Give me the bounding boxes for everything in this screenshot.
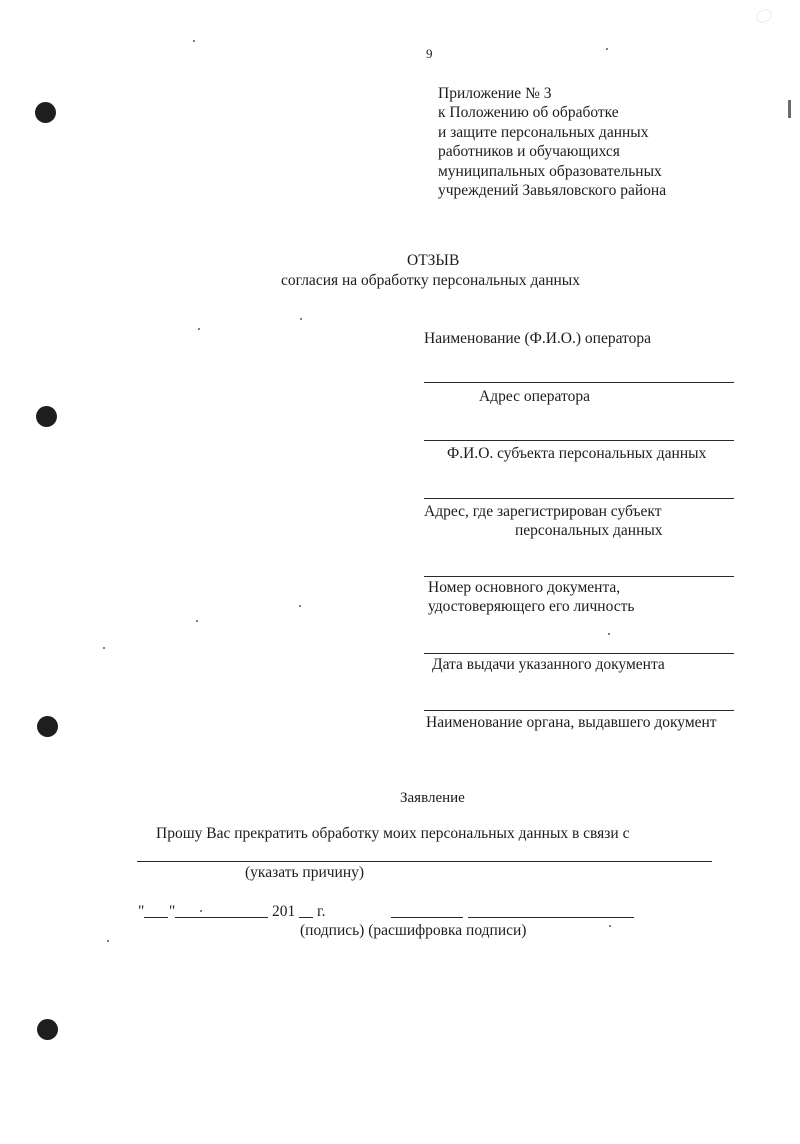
year-prefix: 201: [272, 902, 295, 922]
document-number-field[interactable]: [424, 653, 734, 654]
appendix-line: работников и обучающихся: [438, 142, 666, 161]
document-number-label-line2: удостоверяющего его личность: [428, 597, 634, 617]
punch-hole-4: [37, 1019, 58, 1040]
month-field[interactable]: [175, 917, 268, 918]
issue-date-label: Дата выдачи указанного документа: [432, 655, 665, 675]
scan-speck: [107, 940, 109, 942]
year-suffix: г.: [317, 902, 325, 922]
reason-hint: (указать причину): [245, 863, 364, 883]
document-subtitle: согласия на обработку персональных данны…: [281, 271, 580, 291]
scan-speck: [606, 48, 608, 50]
operator-address-field[interactable]: [424, 440, 734, 441]
reason-field[interactable]: [137, 861, 712, 862]
scan-speck: [299, 605, 301, 607]
scan-speck: [103, 647, 105, 649]
scan-speck: [200, 910, 202, 912]
page-number: 9: [426, 46, 433, 62]
day-field[interactable]: [144, 917, 168, 918]
signature-decoding-field[interactable]: [468, 917, 634, 918]
appendix-line: Приложение № 3: [438, 84, 666, 103]
subject-address-label-line1: Адрес, где зарегистрирован субъект: [424, 502, 662, 522]
subject-address-field[interactable]: [424, 576, 734, 577]
punch-hole-2: [36, 406, 57, 427]
scan-speck: [608, 633, 610, 635]
year-field[interactable]: [299, 917, 313, 918]
date-open-quote: ": [138, 902, 144, 922]
signature-field[interactable]: [391, 917, 463, 918]
statement-heading: Заявление: [400, 788, 465, 808]
corner-smudge: [754, 7, 774, 25]
subject-name-field[interactable]: [424, 498, 734, 499]
document-title: ОТЗЫВ: [407, 251, 459, 271]
issuing-authority-label: Наименование органа, выдавшего документ: [426, 713, 717, 733]
operator-address-label: Адрес оператора: [479, 387, 590, 407]
date-close-quote: ": [169, 902, 175, 922]
operator-name-field[interactable]: [424, 382, 734, 383]
document-number-label-line1: Номер основного документа,: [428, 578, 620, 598]
appendix-line: и защите персональных данных: [438, 123, 666, 142]
issue-date-field[interactable]: [424, 710, 734, 711]
appendix-line: учреждений Завьяловского района: [438, 181, 666, 200]
signature-hint: (подпись) (расшифровка подписи): [300, 921, 526, 941]
operator-name-label: Наименование (Ф.И.О.) оператора: [424, 329, 651, 349]
scan-speck: [196, 620, 198, 622]
punch-hole-3: [37, 716, 58, 737]
appendix-line: к Положению об обработке: [438, 103, 666, 122]
margin-mark: [788, 100, 791, 118]
scan-speck: [198, 328, 200, 330]
scan-speck: [300, 318, 302, 320]
subject-name-label: Ф.И.О. субъекта персональных данных: [447, 444, 706, 464]
appendix-header: Приложение № 3 к Положению об обработке …: [438, 84, 666, 200]
punch-hole-1: [35, 102, 56, 123]
scan-speck: [609, 925, 611, 927]
scan-speck: [193, 40, 195, 42]
subject-address-label-line2: персональных данных: [515, 521, 663, 541]
appendix-line: муниципальных образовательных: [438, 162, 666, 181]
statement-body: Прошу Вас прекратить обработку моих перс…: [156, 824, 629, 844]
